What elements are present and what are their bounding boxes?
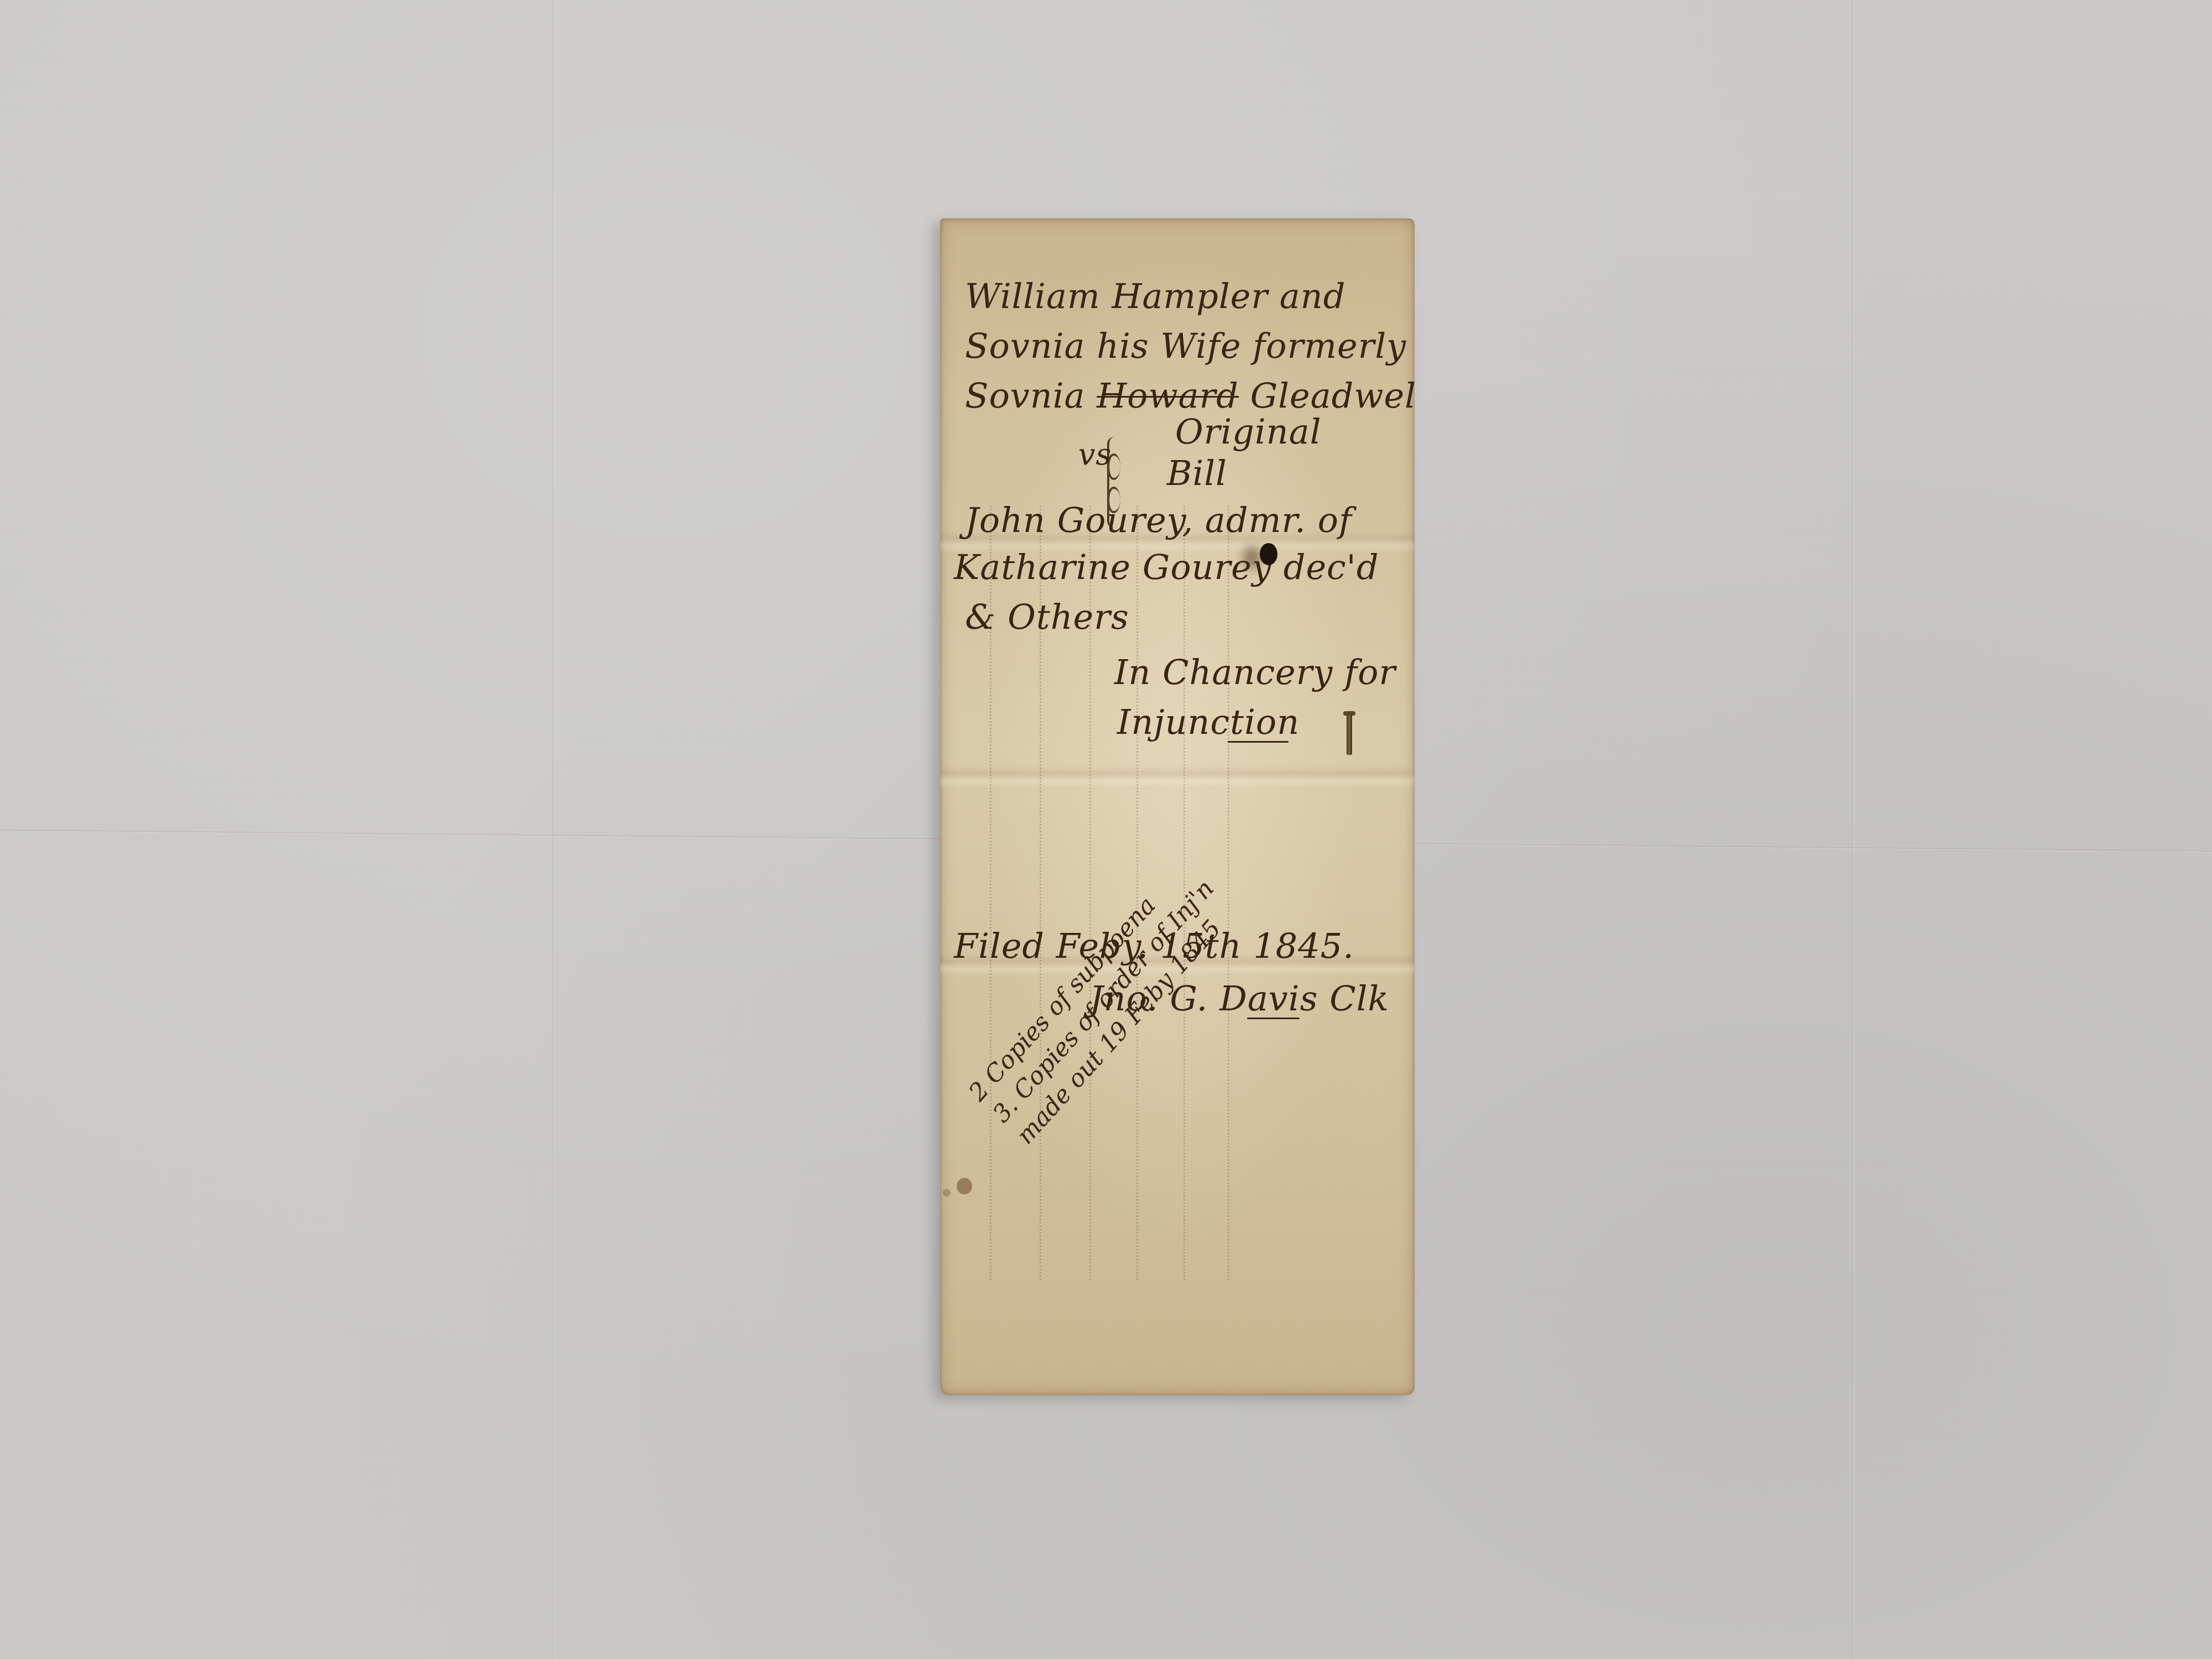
proceeding-line-2: Injunction (1117, 705, 1300, 739)
defendants-line-1: John Gourey, admr. of (965, 503, 1352, 538)
plaintiff-given-name: Sovnia (965, 375, 1086, 416)
plaintiffs-line-3: Sovnia Howard Gleadwell (965, 379, 1415, 413)
burn-hole (1260, 543, 1277, 565)
defendants-line-2: Katharine Gourey dec'd (954, 550, 1379, 585)
bleed-through-script (1228, 506, 1230, 1280)
manuscript-document: William Hampler and Sovnia his Wife form… (940, 218, 1415, 1395)
plaintiff-former-surname: Gleadwell (1250, 375, 1415, 416)
proceeding-line-1: In Chancery for (1114, 655, 1396, 690)
background-fold-vertical-left (553, 0, 555, 1659)
injunction-underline (1228, 741, 1288, 743)
ink-blot (943, 1189, 951, 1197)
plaintiffs-line-1: William Hampler and (965, 279, 1345, 314)
ink-blot (957, 1178, 972, 1194)
document-fold-middle (940, 766, 1415, 788)
struck-surname: Howard (1097, 375, 1239, 416)
signature-underline (1247, 1018, 1300, 1019)
bill-type-line-1: Original (1175, 415, 1322, 449)
straight-pin (1347, 713, 1352, 755)
defendants-line-3: & Others (965, 600, 1129, 634)
background-fold-vertical-right (1853, 0, 1854, 1659)
plaintiffs-line-2: Sovnia his Wife formerly (965, 329, 1406, 363)
bill-type-line-2: Bill (1167, 456, 1227, 491)
